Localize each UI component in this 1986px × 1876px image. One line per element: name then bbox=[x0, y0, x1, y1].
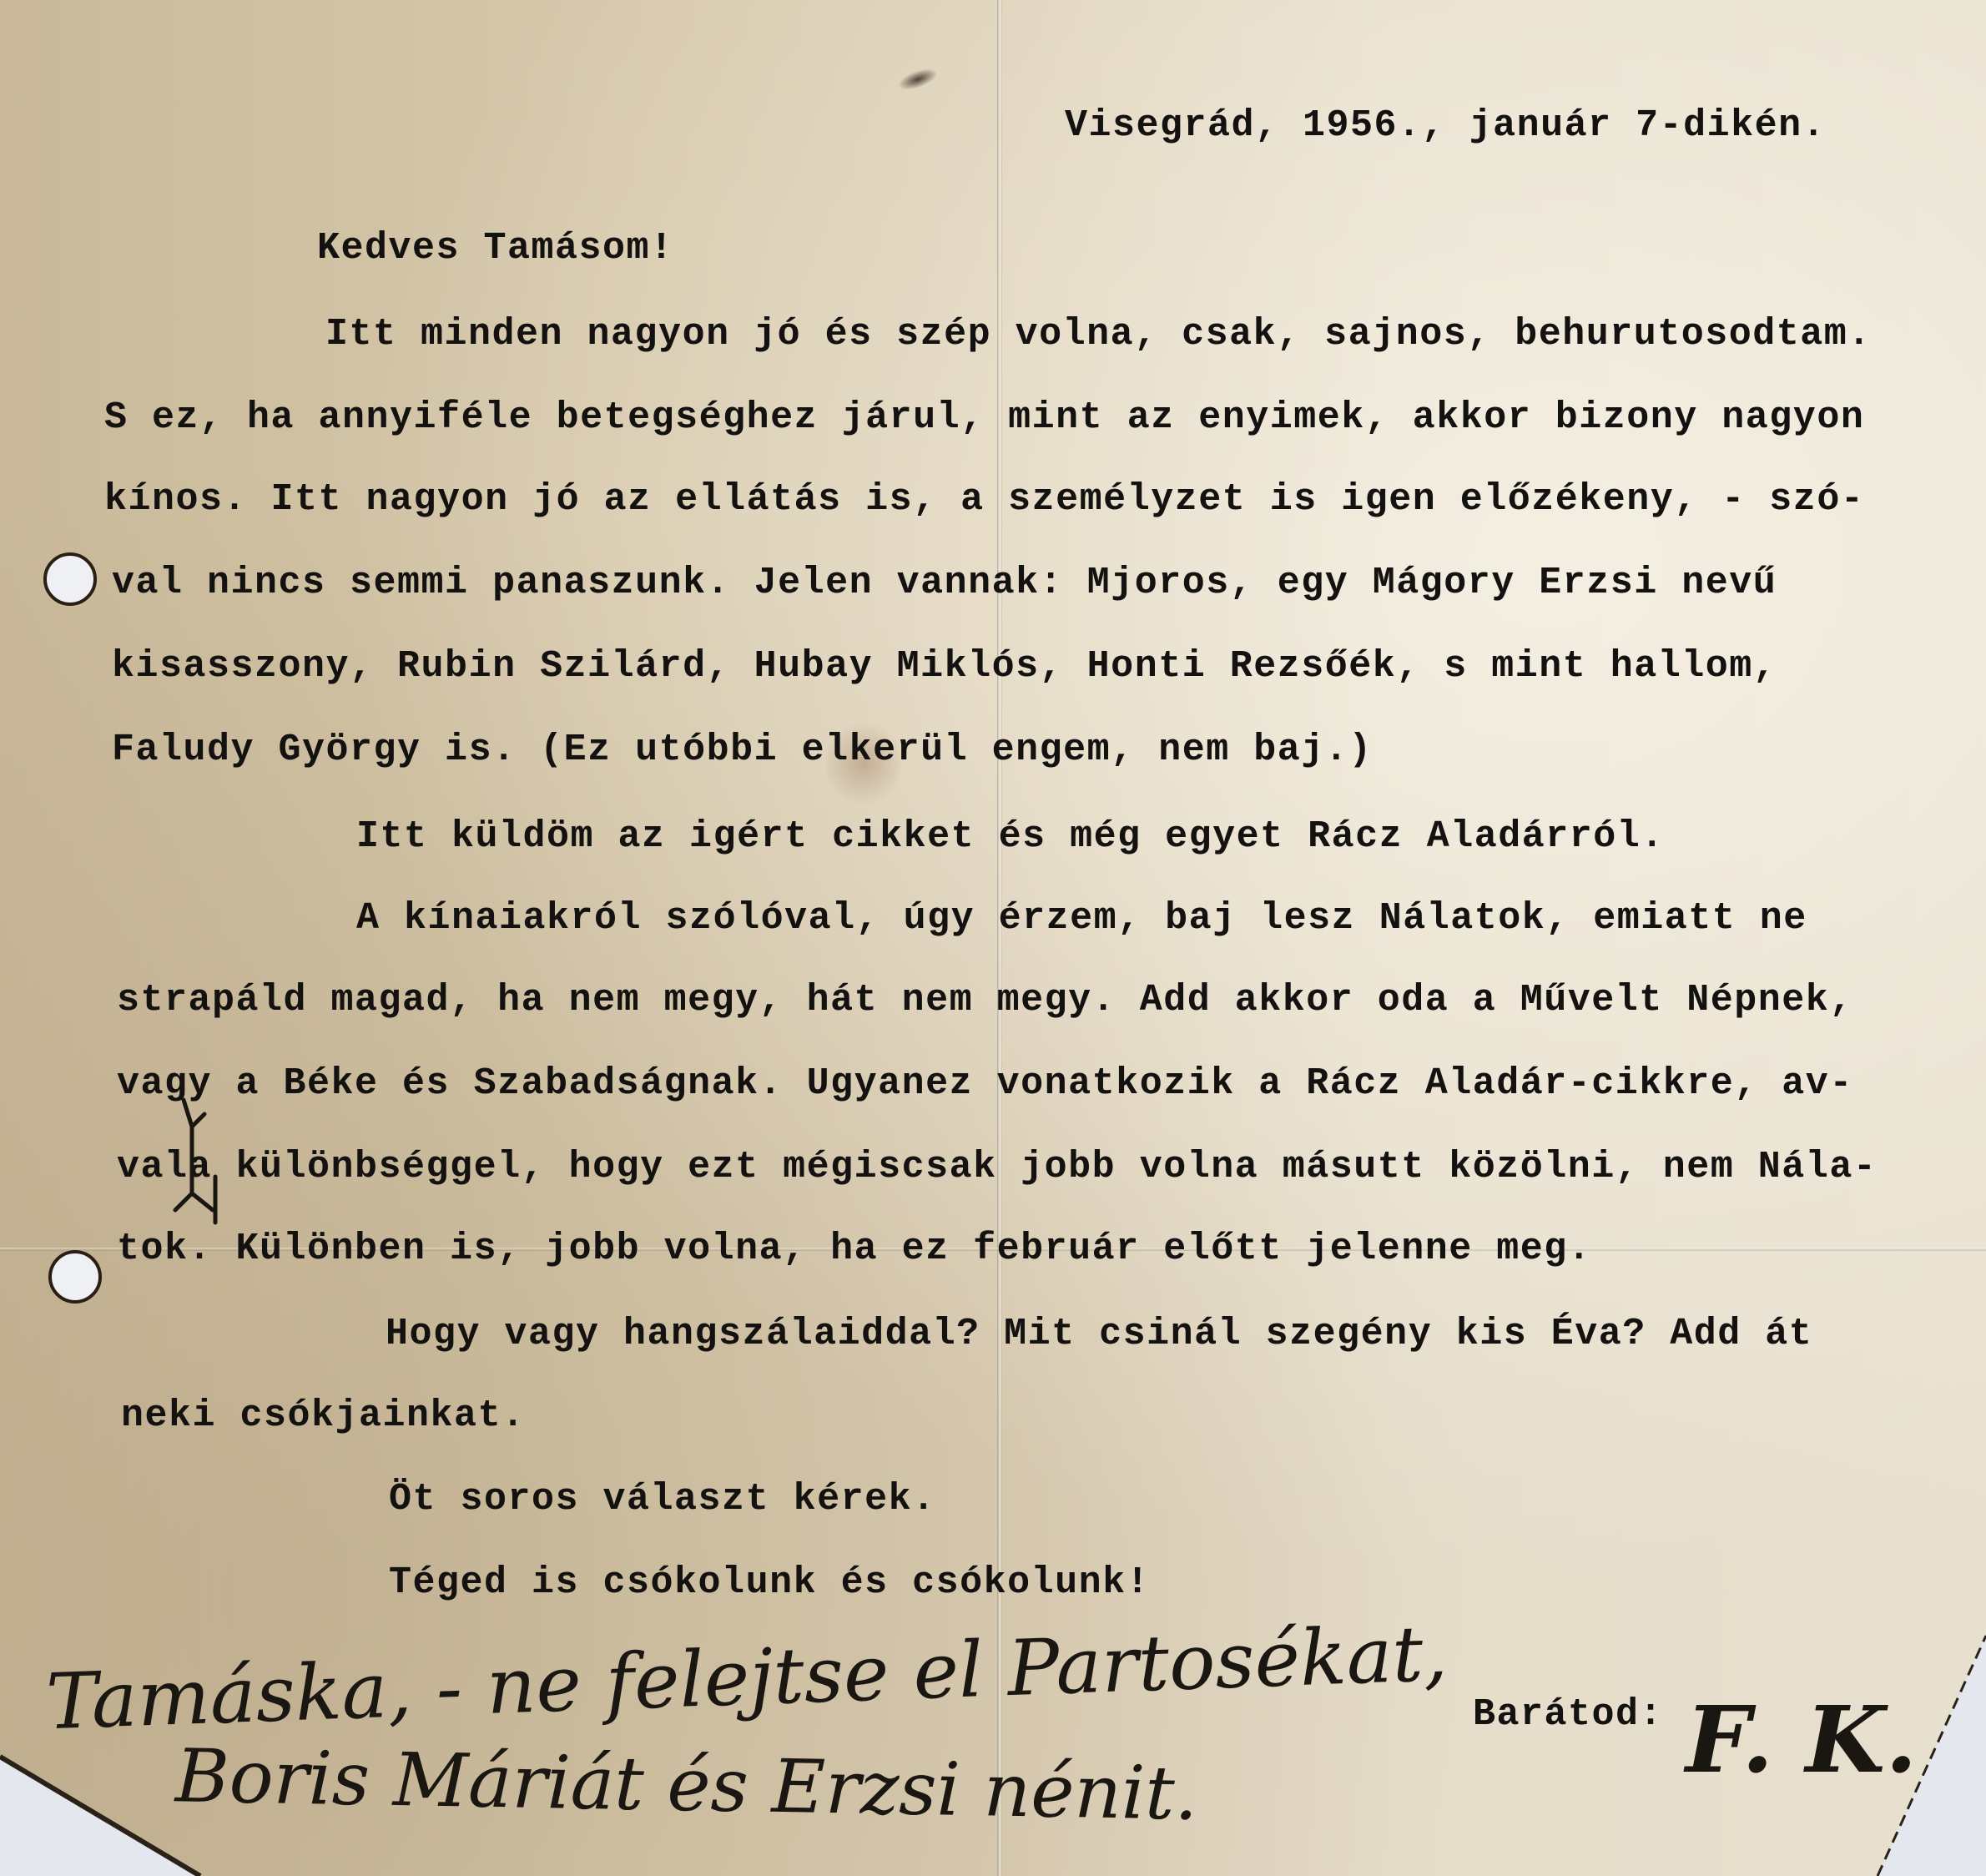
paper-edge-outline bbox=[0, 0, 1986, 1876]
